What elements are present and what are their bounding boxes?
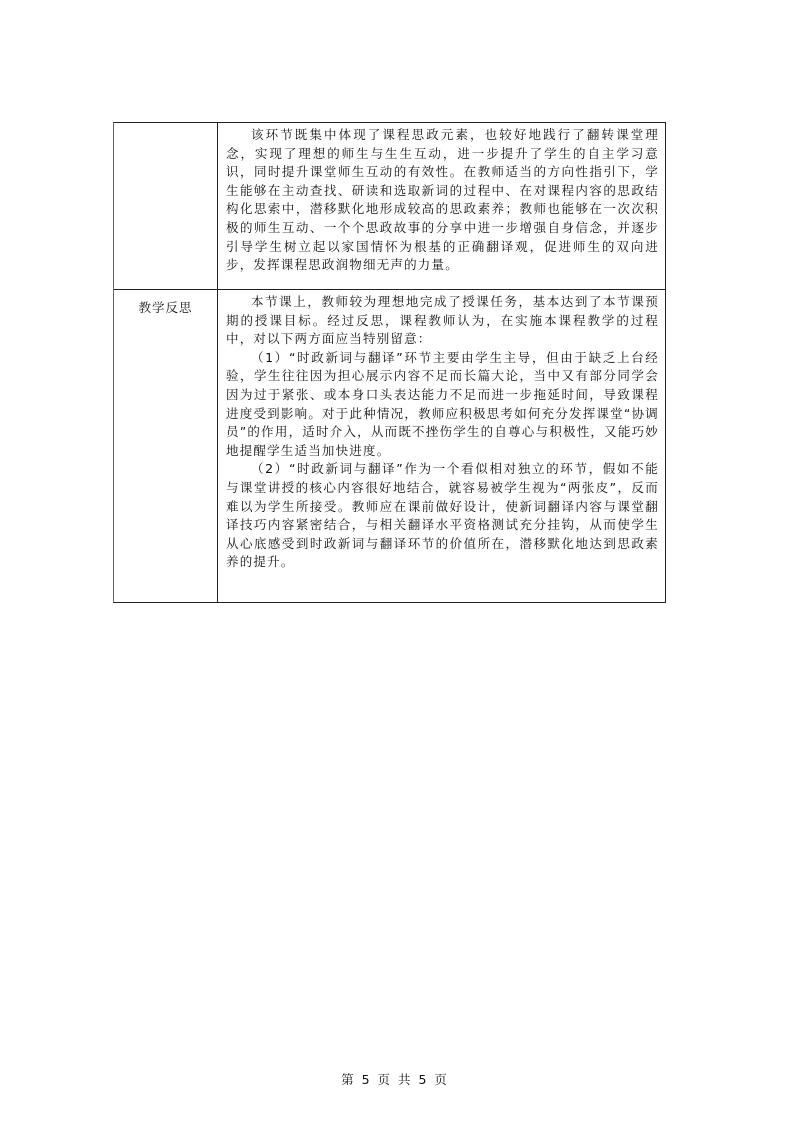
paragraph: 该环节既集中体现了课程思政元素，也较好地践行了翻转课堂理念，实现了理想的师生与生… [226, 126, 659, 275]
row-content: 本节课上，教师较为理想地完成了授课任务，基本达到了本节课预期的授课目标。经过反思… [218, 290, 665, 602]
row-content: 该环节既集中体现了课程思政元素，也较好地践行了翻转课堂理念，实现了理想的师生与生… [218, 123, 665, 289]
paragraph: （1）“时政新词与翻译”环节主要由学生主导，但由于缺乏上台经验，学生往往因为担心… [226, 349, 659, 461]
table-row-teaching-reflection: 教学反思 本节课上，教师较为理想地完成了授课任务，基本达到了本节课预期的授课目标… [114, 289, 665, 602]
table-row-evaluation: 该环节既集中体现了课程思政元素，也较好地践行了翻转课堂理念，实现了理想的师生与生… [114, 123, 665, 289]
row-label: 教学反思 [114, 290, 218, 602]
page-number-footer: 第 5 页 共 5 页 [0, 1070, 790, 1088]
lesson-plan-table: 该环节既集中体现了课程思政元素，也较好地践行了翻转课堂理念，实现了理想的师生与生… [113, 122, 666, 603]
row-label [114, 123, 218, 289]
paragraph: 本节课上，教师较为理想地完成了授课任务，基本达到了本节课预期的授课目标。经过反思… [226, 293, 659, 349]
paragraph: （2）“时政新词与翻译”作为一个看似相对独立的环节，假如不能与课堂讲授的核心内容… [226, 460, 659, 572]
